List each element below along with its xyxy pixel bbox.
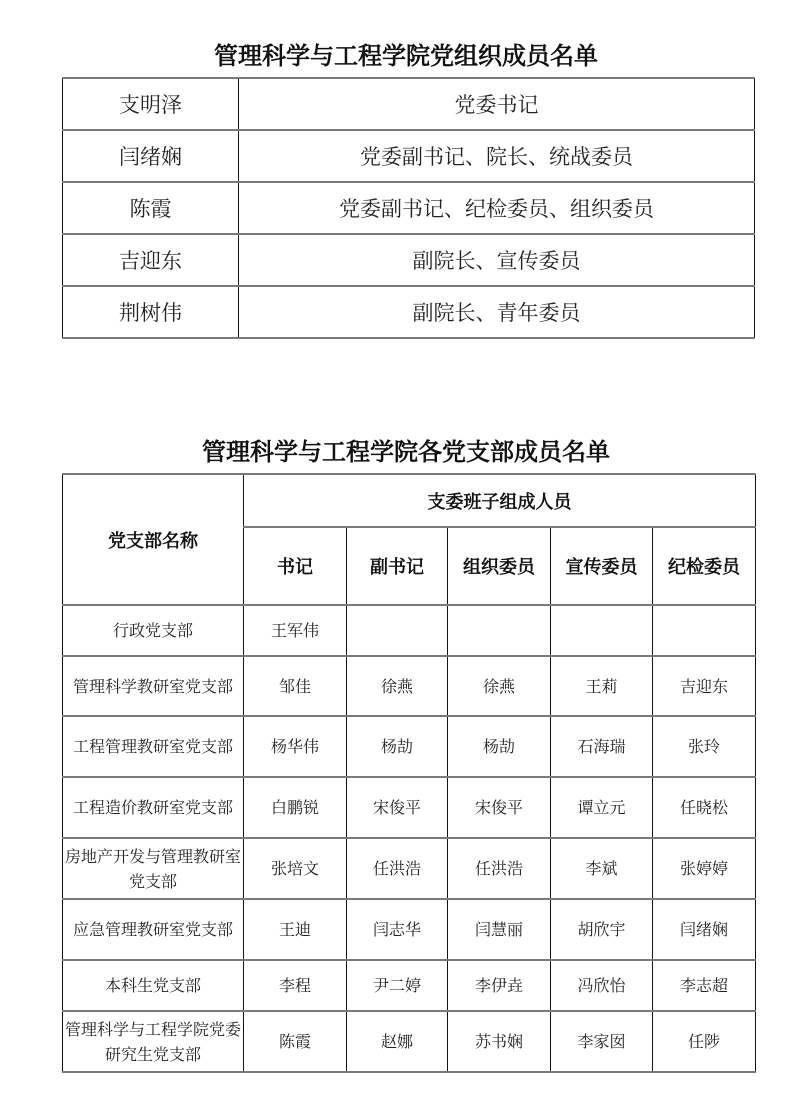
member-cell (448, 605, 551, 656)
branch-name: 本科生党支部 (63, 960, 244, 1011)
member-cell: 王迪 (244, 899, 347, 960)
member-cell: 邹佳 (244, 656, 347, 716)
member-cell: 张婷婷 (653, 838, 756, 899)
member-name: 吉迎东 (63, 234, 239, 286)
committee-table: 支明泽党委书记 闫绪娴党委副书记、院长、统战委员 陈霞党委副书记、纪检委员、组织… (62, 77, 755, 339)
table-row: 本科生党支部 李程 尹二婷 李伊垚 冯欣怡 李志超 (63, 960, 756, 1011)
table-row: 闫绪娴党委副书记、院长、统战委员 (63, 130, 755, 182)
member-cell: 赵娜 (347, 1011, 448, 1072)
header-deputy-secretary: 副书记 (347, 527, 448, 605)
member-name: 陈霞 (63, 182, 239, 234)
member-cell: 杨劼 (448, 716, 551, 777)
member-cell: 王莉 (551, 656, 653, 716)
member-cell: 宋俊平 (347, 777, 448, 838)
member-cell (347, 605, 448, 656)
member-cell: 任洪浩 (347, 838, 448, 899)
member-cell: 杨劼 (347, 716, 448, 777)
header-row: 党支部名称 支委班子组成人员 (63, 474, 756, 527)
branch-name: 工程造价教研室党支部 (63, 777, 244, 838)
header-discipline: 纪检委员 (653, 527, 756, 605)
member-cell: 任洪浩 (448, 838, 551, 899)
member-name: 支明泽 (63, 78, 239, 130)
member-cell (653, 605, 756, 656)
branch-name: 管理科学教研室党支部 (63, 656, 244, 716)
branches-title: 管理科学与工程学院各党支部成员名单 (0, 432, 812, 467)
member-cell: 李志超 (653, 960, 756, 1011)
member-cell: 徐燕 (347, 656, 448, 716)
table-row: 支明泽党委书记 (63, 78, 755, 130)
member-cell: 谭立元 (551, 777, 653, 838)
header-secretary: 书记 (244, 527, 347, 605)
member-cell: 李斌 (551, 838, 653, 899)
member-cell: 吉迎东 (653, 656, 756, 716)
member-cell: 石海瑞 (551, 716, 653, 777)
member-role: 党委书记 (239, 78, 755, 130)
member-cell: 李家囡 (551, 1011, 653, 1072)
table-row: 工程造价教研室党支部 白鹏锐 宋俊平 宋俊平 谭立元 任晓松 (63, 777, 756, 838)
member-cell: 白鹏锐 (244, 777, 347, 838)
member-cell: 闫慧丽 (448, 899, 551, 960)
member-cell: 尹二婷 (347, 960, 448, 1011)
branch-name: 行政党支部 (63, 605, 244, 656)
member-cell (551, 605, 653, 656)
branches-table: 党支部名称 支委班子组成人员 书记 副书记 组织委员 宣传委员 纪检委员 行政党… (62, 473, 756, 1073)
member-cell: 胡欣宇 (551, 899, 653, 960)
table-row: 管理科学与工程学院党委研究生党支部 陈霞 赵娜 苏书娴 李家囡 任陟 (63, 1011, 756, 1072)
member-role: 党委副书记、纪检委员、组织委员 (239, 182, 755, 234)
member-role: 副院长、青年委员 (239, 286, 755, 338)
table-row: 应急管理教研室党支部 王迪 闫志华 闫慧丽 胡欣宇 闫绪娴 (63, 899, 756, 960)
header-branch-name: 党支部名称 (63, 474, 244, 605)
member-name: 闫绪娴 (63, 130, 239, 182)
member-cell: 张玲 (653, 716, 756, 777)
table-row: 吉迎东副院长、宣传委员 (63, 234, 755, 286)
member-cell: 闫绪娴 (653, 899, 756, 960)
branch-name: 工程管理教研室党支部 (63, 716, 244, 777)
committee-title: 管理科学与工程学院党组织成员名单 (0, 36, 812, 71)
table-row: 陈霞党委副书记、纪检委员、组织委员 (63, 182, 755, 234)
branch-name: 管理科学与工程学院党委研究生党支部 (63, 1011, 244, 1072)
table-row: 行政党支部 王军伟 (63, 605, 756, 656)
member-cell: 任晓松 (653, 777, 756, 838)
member-cell: 陈霞 (244, 1011, 347, 1072)
header-publicity: 宣传委员 (551, 527, 653, 605)
branch-name: 房地产开发与管理教研室党支部 (63, 838, 244, 899)
table-row: 房地产开发与管理教研室党支部 张培文 任洪浩 任洪浩 李斌 张婷婷 (63, 838, 756, 899)
member-cell: 李程 (244, 960, 347, 1011)
member-cell: 王军伟 (244, 605, 347, 656)
table-row: 工程管理教研室党支部 杨华伟 杨劼 杨劼 石海瑞 张玲 (63, 716, 756, 777)
member-cell: 李伊垚 (448, 960, 551, 1011)
member-cell: 苏书娴 (448, 1011, 551, 1072)
header-organization: 组织委员 (448, 527, 551, 605)
table-row: 荆树伟副院长、青年委员 (63, 286, 755, 338)
branch-name: 应急管理教研室党支部 (63, 899, 244, 960)
table-row: 管理科学教研室党支部 邹佳 徐燕 徐燕 王莉 吉迎东 (63, 656, 756, 716)
member-cell: 杨华伟 (244, 716, 347, 777)
member-cell: 闫志华 (347, 899, 448, 960)
member-name: 荆树伟 (63, 286, 239, 338)
header-group: 支委班子组成人员 (244, 474, 756, 527)
member-cell: 冯欣怡 (551, 960, 653, 1011)
member-cell: 宋俊平 (448, 777, 551, 838)
member-cell: 任陟 (653, 1011, 756, 1072)
member-cell: 张培文 (244, 838, 347, 899)
member-role: 党委副书记、院长、统战委员 (239, 130, 755, 182)
member-role: 副院长、宣传委员 (239, 234, 755, 286)
member-cell: 徐燕 (448, 656, 551, 716)
